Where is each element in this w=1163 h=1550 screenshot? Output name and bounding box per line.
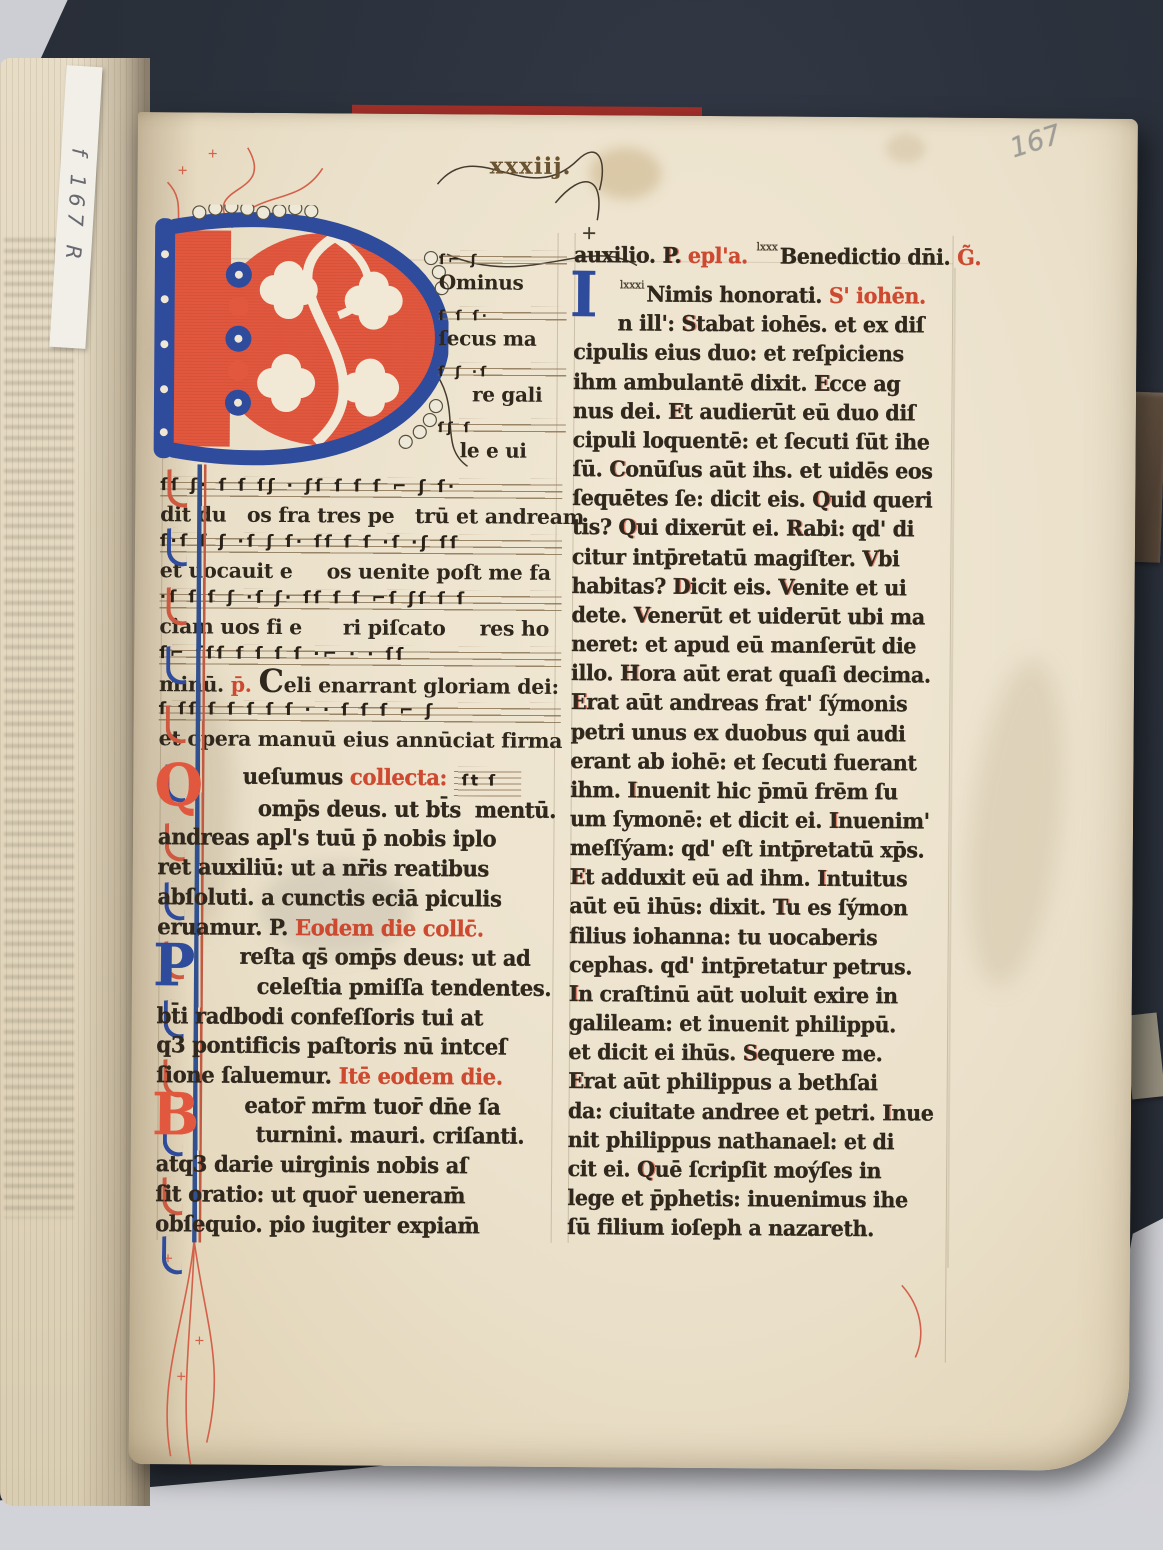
manuscript-page: xxxiij. 167 xyxy=(129,112,1138,1471)
text-line: um ſymonē: et dicit ei. Inuenim' xyxy=(570,805,954,837)
text-line: erant ab iohē: et ſecuti fuerant xyxy=(570,747,954,779)
text-line: Et adduxit eū ad ihm. Intuitus xyxy=(570,863,954,895)
chant-side-music: ſ⌐ ʃOminusſ ſ ſ·ſecus maſ ʃ ·ſre galiſʃ … xyxy=(437,250,567,475)
right-text-column: auxilio. P. epl'a. lxxxBenedictio dn̄i. … xyxy=(567,231,958,1245)
text-line: nus dei. Et audierūt eū duo diſ xyxy=(573,397,957,429)
border-hook-ornament xyxy=(162,1234,182,1277)
music-stave: ·ſ ſ ſ ʃ ·ſ ʃ· ſſ ſ ſ ⌐ſ ʃſ ſ ſ xyxy=(160,588,562,615)
text-line: obſequio. pio iugiter expiam̄ xyxy=(155,1210,543,1242)
neumes: ·ſ ſ ſ ʃ ·ſ ʃ· ſſ ſ ſ ⌐ſ ʃſ ſ ſ xyxy=(160,588,468,609)
text-line: neret: et apud eū manſerūt die xyxy=(571,630,955,662)
text-line: nit philippus nathanael: et di xyxy=(568,1126,952,1158)
text-line: et dicit ei ihūs. Sequere me. xyxy=(568,1038,952,1070)
chant-lyric-line: et opera manuū eius annūciat firma xyxy=(159,726,561,759)
chant-lyric-line: ciam uos fi e ri piſcato res ho xyxy=(159,614,561,647)
text-line: habitas? Dicit eis. Venite et ui xyxy=(572,572,956,604)
text-line: ret auxiliū: ut a nr̄is reatibus xyxy=(158,853,546,885)
border-hook-ornament xyxy=(167,526,187,569)
border-hook-ornament xyxy=(166,644,186,687)
music-stave: ſ ſ ſ· xyxy=(439,306,567,325)
illuminated-initial-D xyxy=(137,204,449,474)
text-line: Queſumus collecta: ſt ſ xyxy=(158,762,546,796)
music-stave: ſſ ʃ· ſ ſ ſʃ · ʃſ ſ ſ ſ ⌐ ʃ ſ· xyxy=(160,476,562,503)
chant-lyric-line: Ominus xyxy=(439,270,567,307)
text-line: abſoluti. a cunctis eciā piculis xyxy=(157,883,545,915)
drop-cap-initial: P xyxy=(153,940,195,991)
text-line: cipulis eius duo: et reſpiciens xyxy=(573,339,957,371)
border-hook-ornament xyxy=(166,703,186,746)
chant-lyric-line: re gali xyxy=(438,382,566,419)
text-line: turnini. mauri. criſanti. xyxy=(156,1121,544,1153)
text-line: petri unus ex duobus qui audi xyxy=(571,718,955,750)
neumes: ſ ʃ ·ſ xyxy=(438,364,489,380)
drop-cap-initial: Q xyxy=(154,760,202,811)
text-line: ſequētes ſe: dicit eis. Quid queri xyxy=(572,484,956,516)
text-line: meſſýam: qd' eſt intp̄retatū xp̄s. xyxy=(570,834,954,866)
neumes: ſ ſ ſ· xyxy=(439,308,490,324)
text-line: celeſtia pmiſſa tendentes. xyxy=(157,972,545,1004)
text-line: omp̄s deus. ut bt̄s mentū. xyxy=(158,794,546,826)
tab-label: f 167 R xyxy=(60,148,91,267)
text-line: ſū. Conūſus aūt ihs. et uidēs eos xyxy=(572,455,956,487)
text-line: atq3 darie uirginis nobis aſ xyxy=(156,1150,544,1182)
text-line: illo. Hora aūt erat quaſi decima. xyxy=(571,659,955,691)
show-through-text xyxy=(4,238,74,1218)
text-line: lege et p̄phetis: inuenimus ihe xyxy=(567,1184,951,1216)
text-line: Beator̄ mr̄m tuor̄ dn̄e ſa xyxy=(156,1091,544,1123)
neumes: ſ⌐ ʃ xyxy=(439,252,480,268)
text-line: n ill': Stabat iohēs. et ex diſ xyxy=(573,309,957,341)
text-line: citur intp̄retatū magiſter. Vbi xyxy=(572,543,956,575)
stain xyxy=(886,133,926,163)
border-hook-ornament xyxy=(167,467,187,510)
pencil-folio-number: 167 xyxy=(1006,119,1065,164)
text-line: IlxxxiNimis honorati. S' iohēn. xyxy=(574,270,958,312)
text-line: q3 pontificis paſtoris nū intceſ xyxy=(156,1031,544,1063)
chant-lyric-line: minū. p̄. Celi enarrant gloriam dei: xyxy=(159,670,561,703)
chant-lyric-line: ſecus ma xyxy=(438,326,566,363)
text-line: andreas apl's tuū p̄ nobis iplo xyxy=(158,824,546,856)
neumes: ſʃ ſ xyxy=(438,420,473,436)
text-line: auxilio. P. epl'a. lxxxBenedictio dn̄i. … xyxy=(574,231,958,273)
text-line: da: ciuitate andree et petri. Inue xyxy=(568,1097,952,1129)
music-stave: ſ ʃ ·ſ xyxy=(438,362,566,381)
music-stave: ſ ſſ ſ ſ ſ ſ ſ · · ſ ſ ſ ⌐ ʃ xyxy=(159,700,561,727)
text-line: ſione ſaluemur. Itē eodem die. xyxy=(156,1061,544,1093)
text-line: cit ei. Quē ſcripſit moýſes in xyxy=(568,1155,952,1187)
text-line: tis? Qui dixerūt ei. Rabi: qd' di xyxy=(572,513,956,545)
music-stave: ſ·ſ ſ ʃ ·ſ ʃ ſ· ſſ ſ ſ ·ſ ·ʃ ſſ xyxy=(160,532,562,559)
text-line: ihm ambulantē dixit. Ecce ag xyxy=(573,368,957,400)
text-line: ihm. Inuenit hic p̄mū frēm ſu xyxy=(570,776,954,808)
text-line: ſū filium ioſeph a nazareth. xyxy=(567,1213,951,1245)
music-stave: ſ⌐ ſſſ ſ ſ ſ ſ ·⌐ · · ſſ xyxy=(159,644,561,671)
text-line: cipuli loquentē: et ſecuti ſūt ihe xyxy=(573,426,957,458)
drop-cap-initial: B xyxy=(152,1089,199,1140)
text-line: aūt eū ihūs: dixit. Tu es ſýmon xyxy=(569,892,953,924)
text-line: ſit oratio: ut quor̄ ueneram̄ xyxy=(155,1180,543,1212)
text-line: Erat aūt andreas frat' ſýmonis xyxy=(571,688,955,720)
folio-heading: xxxiij. xyxy=(490,152,572,180)
stain xyxy=(589,147,661,200)
chant-lyric-line: le e ui xyxy=(437,438,565,475)
text-line: In craſtinū aūt uoluit exire in xyxy=(569,980,953,1012)
drop-cap-initial: I xyxy=(570,268,598,323)
text-line: Erat aūt philippus a bethſai xyxy=(568,1067,952,1099)
text-line: galileam: et inuenit philippū. xyxy=(569,1009,953,1041)
music-stave: ſʃ ſ xyxy=(438,418,566,437)
manuscript-photo: f 167 R xyxy=(0,0,1163,1550)
border-hook-ornament xyxy=(166,585,186,628)
left-text-column: Queſumus collecta: ſt ſomp̄s deus. ut bt… xyxy=(155,762,546,1242)
text-line: eruamur. P. Eodem die collc̄. xyxy=(157,913,545,945)
text-line: bt̄i radbodi confeſſoris tui at xyxy=(157,1002,545,1034)
chant-music-block: ſſ ʃ· ſ ſ ſʃ · ʃſ ſ ſ ſ ⌐ ʃ ſ·dit du os … xyxy=(159,476,563,759)
chant-lyric-line: dit du os fra tres pe trū et andream xyxy=(160,502,562,535)
text-line: filius iohanna: tu uocaberis xyxy=(569,922,953,954)
stain xyxy=(953,654,1079,992)
text-line: cephas. qd' intp̄retatur petrus. xyxy=(569,951,953,983)
text-line: Preſta qs̄ omp̄s deus: ut ad xyxy=(157,942,545,974)
chant-lyric-line: et uocauit e os uenite poſt me fa xyxy=(160,558,562,591)
text-line: dete. Venerūt et uiderūt ubi ma xyxy=(571,601,955,633)
music-stave: ſ⌐ ʃ xyxy=(439,250,567,269)
